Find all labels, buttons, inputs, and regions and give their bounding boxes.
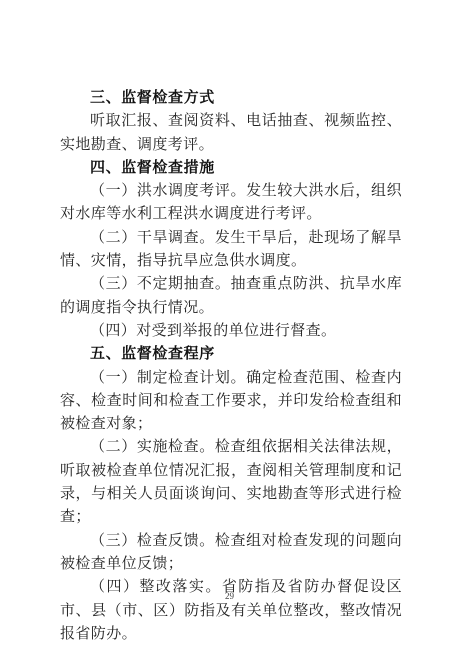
page-content: 三、监督检查方式 听取汇报、查阅资料、电话抽查、视频监控、实地勘查、调度考评。 … <box>60 86 402 645</box>
paragraph: （四）整改落实。省防指及省防办督促设区市、县（市、区）防指及有关单位整改，整改情… <box>60 575 402 645</box>
paragraph: 听取汇报、查阅资料、电话抽查、视频监控、实地勘查、调度考评。 <box>60 109 402 156</box>
paragraph: （三）不定期抽查。抽查重点防洪、抗旱水库的调度指令执行情况。 <box>60 272 402 319</box>
document-page: 三、监督检查方式 听取汇报、查阅资料、电话抽查、视频监控、实地勘查、调度考评。 … <box>0 0 459 650</box>
paragraph: （二）干旱调查。发生干旱后，赴现场了解旱情、灾情，指导抗旱应急供水调度。 <box>60 226 402 273</box>
section-heading: 五、监督检查程序 <box>60 342 402 365</box>
paragraph: （一）洪水调度考评。发生较大洪水后，组织对水库等水利工程洪水调度进行考评。 <box>60 179 402 226</box>
paragraph: （三）检查反馈。检查组对检查发现的问题向被检查单位反馈； <box>60 529 402 576</box>
paragraph: （一）制定检查计划。确定检查范围、检查内容、检查时间和检查工作要求，并印发给检查… <box>60 366 402 436</box>
paragraph: （二）实施检查。检查组依据相关法律法规，听取被检查单位情况汇报，查阅相关管理制度… <box>60 435 402 528</box>
page-number: 29 <box>0 591 459 601</box>
section-heading: 四、监督检查措施 <box>60 156 402 179</box>
paragraph: （四）对受到举报的单位进行督查。 <box>60 319 402 342</box>
section-heading: 三、监督检查方式 <box>60 86 402 109</box>
